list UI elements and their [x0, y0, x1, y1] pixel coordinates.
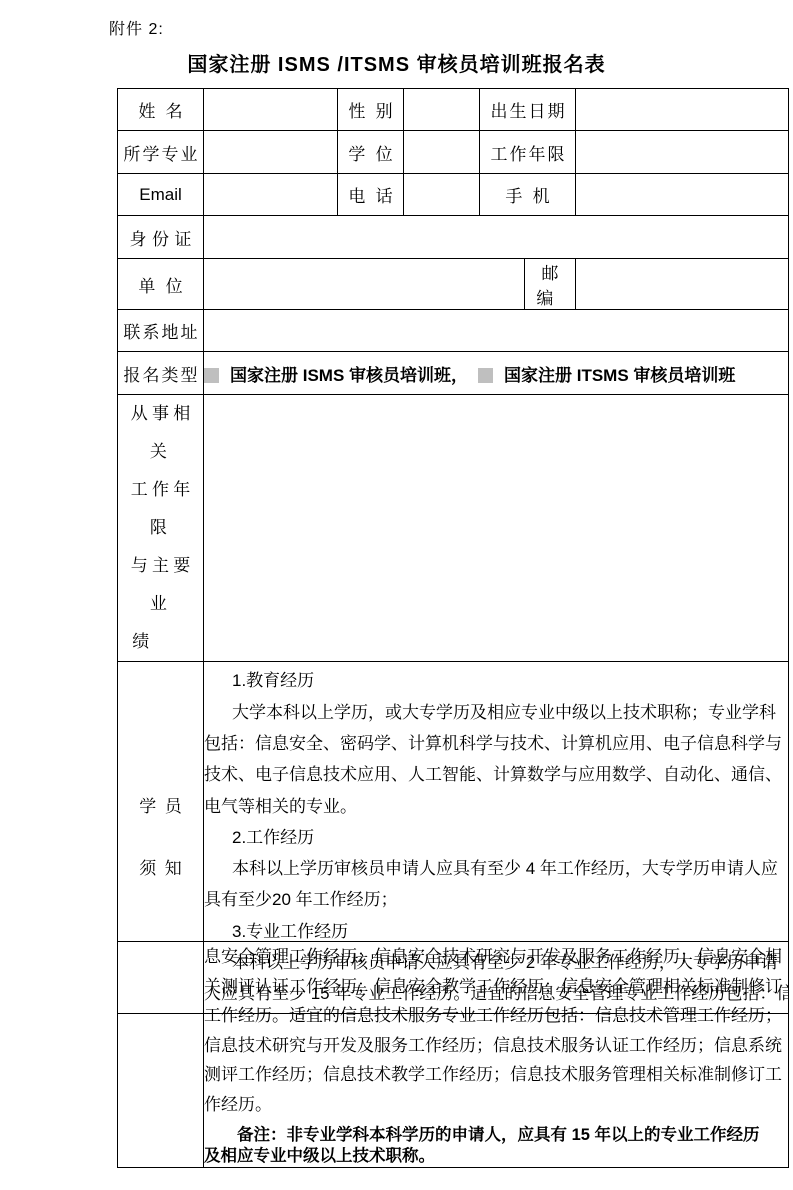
notice-line: 信息技术研究与开发及服务工作经历；信息技术服务认证工作经历；信息系统 [204, 1031, 788, 1061]
page-title: 国家注册 ISMS /ITSMS 审核员培训班报名表 [0, 48, 793, 77]
id-card-label: 身份证 [118, 216, 204, 259]
attachment-label: 附件 2: [109, 16, 164, 39]
registration-type-label: 报名类型 [118, 352, 204, 395]
table-row: 姓名 性别 出生日期 [118, 89, 789, 131]
mobile-field[interactable] [576, 174, 789, 216]
experience-label: 从事相关 工作年限 与主要业 绩 [118, 395, 204, 662]
organization-label: 单位 [118, 259, 204, 310]
work-years-label: 工作年限 [480, 131, 576, 174]
email-label: Email [118, 174, 204, 216]
email-field[interactable] [204, 174, 338, 216]
notice-line: 测评工作经历；信息技术教学工作经历；信息技术服务管理相关标准制修订工 [204, 1060, 788, 1090]
notice-remark-line: 及相应专业中级以上技术职称。 [204, 1146, 788, 1167]
experience-label-line: 与主要业 [118, 547, 203, 623]
birth-date-field[interactable] [576, 89, 789, 131]
work-years-field[interactable] [576, 131, 789, 174]
registration-option-separator: ， [451, 366, 468, 385]
notice-line: 2.工作经历 [204, 822, 788, 853]
degree-label: 学位 [338, 131, 404, 174]
registration-option-isms: 国家注册 ISMS 审核员培训班 [230, 366, 451, 385]
notice-line: 作经历。 [204, 1090, 788, 1120]
notice-line: 电气等相关的专业。 [204, 791, 788, 822]
table-row: 单位 邮编 [118, 259, 789, 310]
notice-label-spacer [118, 942, 204, 1168]
registration-type-field: 国家注册 ISMS 审核员培训班，国家注册 ITSMS 审核员培训班 [204, 352, 789, 395]
birth-date-label: 出生日期 [480, 89, 576, 131]
name-field[interactable] [204, 89, 338, 131]
mobile-label: 手机 [480, 174, 576, 216]
table-row: 从事相关 工作年限 与主要业 绩 [118, 395, 789, 662]
registration-option-itsms: 国家注册 ITSMS 审核员培训班 [504, 366, 735, 385]
notice-line: 息安全管理工作经历；信息安全技术研究与开发及服务工作经历；信息安全相 [204, 942, 788, 972]
notice-line: 关测评认证工作经历；信息安全教学工作经历；信息安全管理相关标准制修订 [204, 972, 788, 1002]
checkbox-itsms-icon[interactable] [478, 368, 493, 383]
notice-remark: 备注：非专业学科本科学历的申请人，应具有 15 年以上的专业工作经历 及相应专业… [204, 1125, 788, 1167]
document-page: 附件 2: 国家注册 ISMS /ITSMS 审核员培训班报名表 姓名 性别 出… [0, 0, 793, 1190]
notice-line: 包括：信息安全、密码学、计算机科学与技术、计算机应用、电子信息科学与 [204, 728, 788, 759]
student-notice-label-line: 须知 [118, 859, 203, 879]
notice-line: 本科以上学历审核员申请人应具有至少 4 年工作经历，大专学历申请人应 [204, 853, 788, 884]
notice-line: 大学本科以上学历，或大专学历及相应专业中级以上技术职称；专业学科 [204, 697, 788, 728]
major-field[interactable] [204, 131, 338, 174]
notice-line: 工作经历。适宜的信息技术服务专业工作经历包括：信息技术管理工作经历； [204, 1001, 788, 1031]
id-card-field[interactable] [204, 216, 789, 259]
student-notice-label-line: 学员 [118, 797, 203, 817]
applicant-info-table: 姓名 性别 出生日期 所学专业 学位 工作年限 Email 电话 手机 身份证 [117, 88, 789, 1014]
name-label: 姓名 [118, 89, 204, 131]
experience-label-line: 工作年限 [118, 471, 203, 547]
checkbox-isms-icon[interactable] [204, 368, 219, 383]
table-row: 所学专业 学位 工作年限 [118, 131, 789, 174]
table-row: Email 电话 手机 [118, 174, 789, 216]
address-field[interactable] [204, 310, 789, 352]
notice-line: 技术、电子信息技术应用、人工智能、计算数学与应用数学、自动化、通信、 [204, 759, 788, 790]
notice-line: 具有至少20 年工作经历； [204, 884, 788, 915]
address-label: 联系地址 [118, 310, 204, 352]
notice-line: 1.教育经历 [204, 665, 788, 696]
experience-field[interactable] [204, 395, 789, 662]
postal-code-label: 邮编 [525, 259, 576, 310]
organization-field[interactable] [204, 259, 525, 310]
table-row: 身份证 [118, 216, 789, 259]
degree-field[interactable] [404, 131, 480, 174]
gender-label: 性别 [338, 89, 404, 131]
student-notice-continuation-text: 息安全管理工作经历；信息安全技术研究与开发及服务工作经历；信息安全相 关测评认证… [204, 942, 789, 1168]
table-row: 报名类型 国家注册 ISMS 审核员培训班，国家注册 ITSMS 审核员培训班 [118, 352, 789, 395]
postal-code-field[interactable] [576, 259, 789, 310]
notice-remark-line: 备注：非专业学科本科学历的申请人，应具有 15 年以上的专业工作经历 [204, 1125, 788, 1146]
major-label: 所学专业 [118, 131, 204, 174]
experience-label-line: 绩 [118, 623, 203, 661]
table-row: 息安全管理工作经历；信息安全技术研究与开发及服务工作经历；信息安全相 关测评认证… [118, 942, 789, 1168]
phone-label: 电话 [338, 174, 404, 216]
notice-continuation-table: 息安全管理工作经历；信息安全技术研究与开发及服务工作经历；信息安全相 关测评认证… [117, 941, 789, 1168]
gender-field[interactable] [404, 89, 480, 131]
phone-field[interactable] [404, 174, 480, 216]
experience-label-line: 从事相关 [118, 395, 203, 471]
table-row: 联系地址 [118, 310, 789, 352]
